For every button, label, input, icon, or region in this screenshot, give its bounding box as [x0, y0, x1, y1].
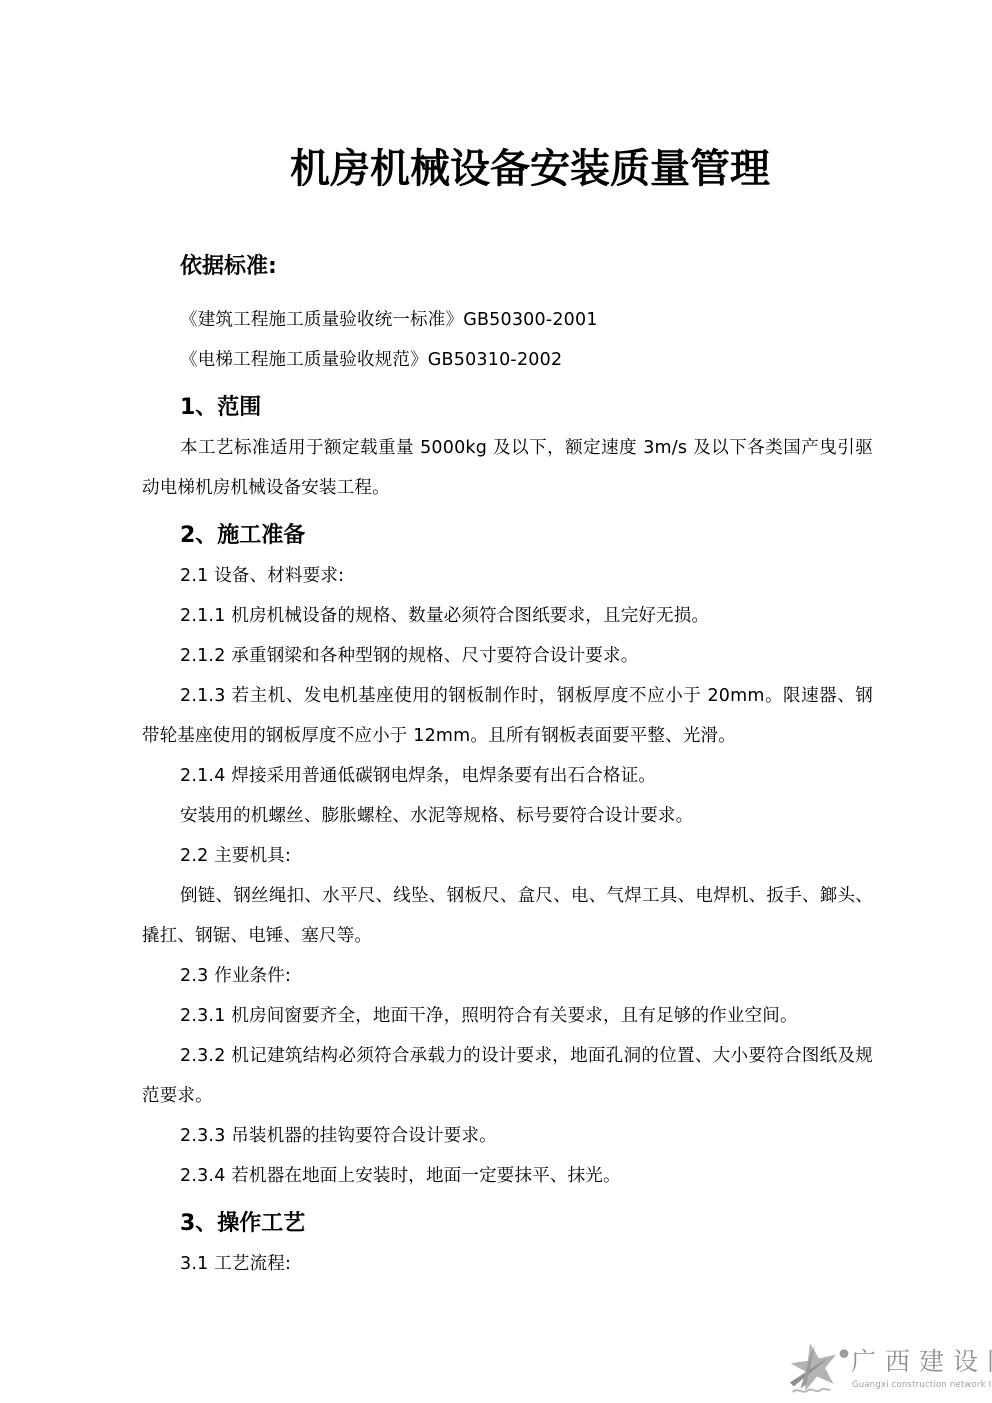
document-page: 机房机械设备安装质量管理 依据标准: 《建筑工程施工质量验收统一标准》GB503…: [0, 0, 992, 1403]
paragraph: 2.3.1 机房间窗要齐全，地面干净，照明符合有关要求，且有足够的作业空间。: [142, 996, 873, 1036]
paragraph: 2.1.4 焊接采用普通低碳钢电焊条，电焊条要有出石合格证。: [142, 756, 873, 796]
paragraph: 2.3.4 若机器在地面上安装时，地面一定要抹平、抹光。: [142, 1156, 873, 1196]
standard-reference: 《电梯工程施工质量验收规范》GB50310-2002: [142, 340, 873, 380]
paragraph: 2.1 设备、材料要求:: [142, 556, 873, 596]
paragraph: 3.1 工艺流程:: [142, 1244, 873, 1284]
site-watermark: 广西建设网 Guangxi construction network Indus…: [775, 1338, 987, 1400]
paragraph: 安装用的机螺丝、膨胀螺栓、水泥等规格、标号要符合设计要求。: [142, 796, 873, 836]
paragraph: 2.3 作业条件:: [142, 956, 873, 996]
document-title: 机房机械设备安装质量管理: [0, 0, 992, 192]
paragraph: 2.1.2 承重钢梁和各种型钢的规格、尺寸要符合设计要求。: [142, 636, 873, 676]
paragraph: 2.1.1 机房机械设备的规格、数量必须符合图纸要求，且完好无损。: [142, 596, 873, 636]
paragraph: 2.3.2 机记建筑结构必须符合承载力的设计要求，地面孔洞的位置、大小要符合图纸…: [142, 1036, 873, 1116]
paragraph: 2.2 主要机具:: [142, 836, 873, 876]
standards-heading: 依据标准:: [142, 252, 873, 282]
section-3-heading: 3、操作工艺: [142, 1204, 873, 1244]
star-logo-icon: [781, 1342, 851, 1398]
section-2-heading: 2、施工准备: [142, 516, 873, 556]
standard-reference: 《建筑工程施工质量验收统一标准》GB50300-2001: [142, 300, 873, 340]
paragraph: 本工艺标准适用于额定载重量 5000kg 及以下，额定速度 3m/s 及以下各类…: [142, 428, 873, 508]
watermark-site-name: 广西建设网: [851, 1348, 992, 1376]
paragraph: 2.1.3 若主机、发电机基座使用的钢板制作时，钢板厚度不应小于 20mm。限速…: [142, 676, 873, 756]
section-1-heading: 1、范围: [142, 388, 873, 428]
document-body: 依据标准: 《建筑工程施工质量验收统一标准》GB50300-2001 《电梯工程…: [0, 252, 992, 1284]
watermark-site-subtitle: Guangxi construction network Industry Ed…: [852, 1380, 992, 1390]
paragraph: 倒链、钢丝绳扣、水平尺、线坠、钢板尺、盒尺、电、气焊工具、电焊机、扳手、鎯头、撬…: [142, 876, 873, 956]
paragraph: 2.3.3 吊装机器的挂钩要符合设计要求。: [142, 1116, 873, 1156]
